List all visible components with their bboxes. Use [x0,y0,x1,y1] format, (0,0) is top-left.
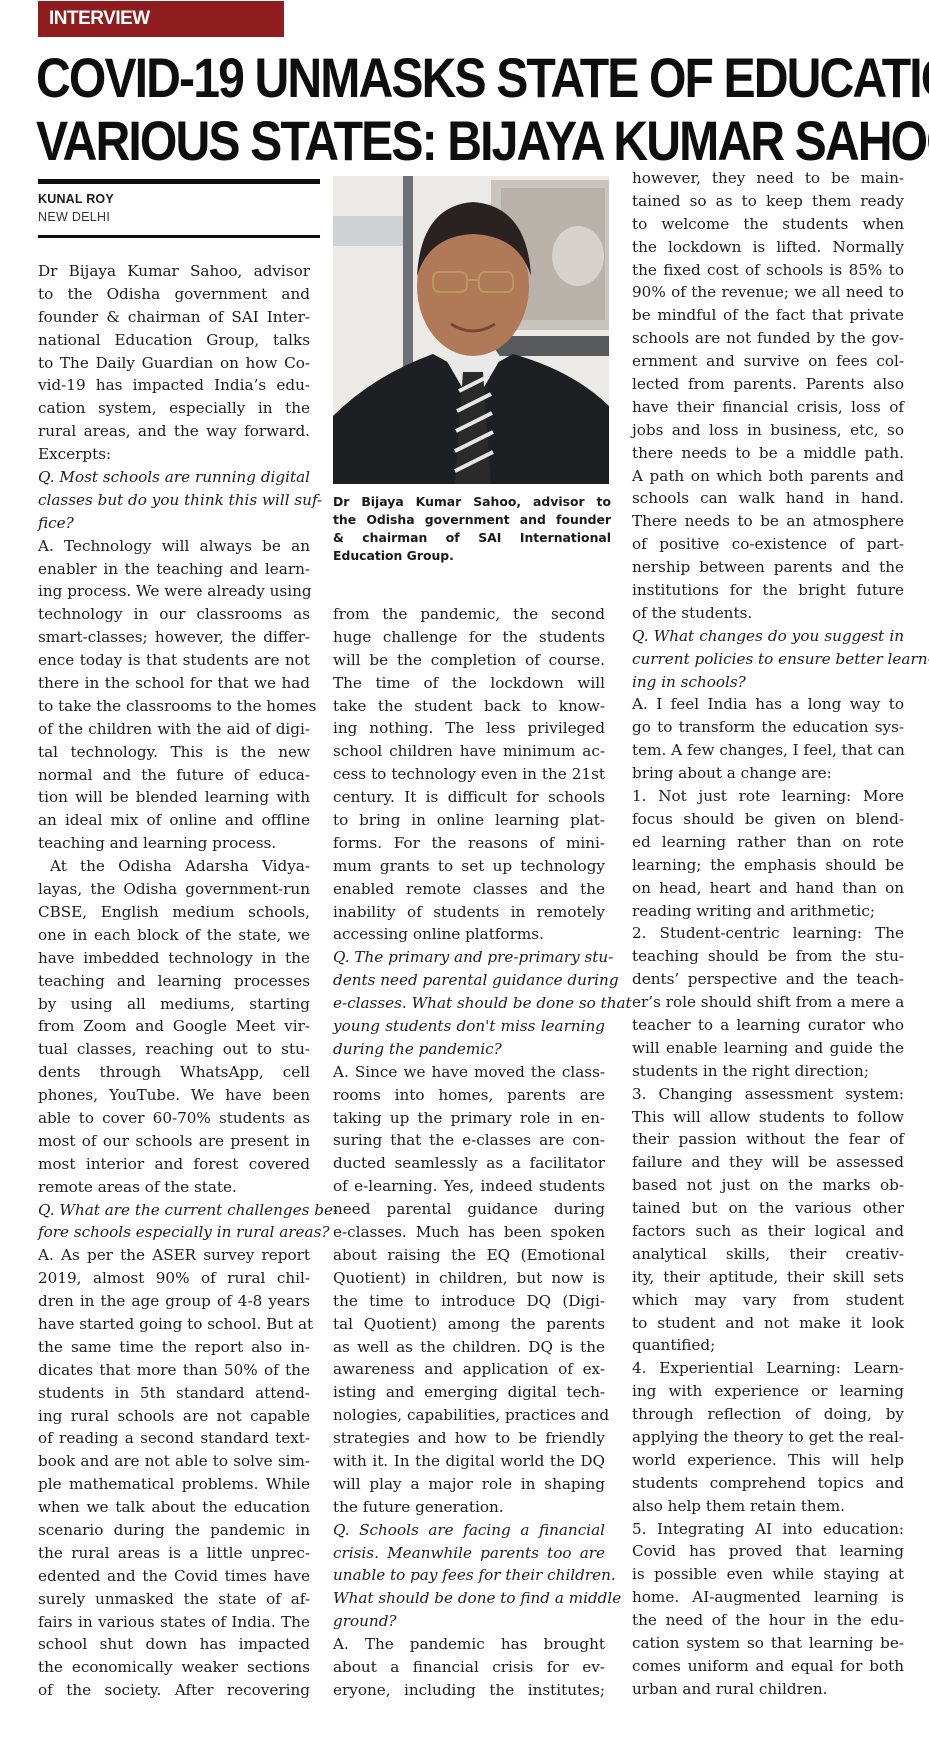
body-text-line: er’s role should shift from a mere a [632,991,904,1014]
byline-location: NEW DELHI [38,210,110,224]
caption-line: Education Group. [333,547,611,565]
body-text-line: century. It is difficult for schools [333,786,605,809]
body-text-line: of e-learning. Yes, indeed students [333,1175,605,1198]
body-text-line: through reflection of doing, by [632,1403,904,1426]
body-text-line: layas, the Odisha government-run [38,878,310,901]
body-text-line: the economically weaker sections [38,1656,310,1679]
body-text-line: remote areas of the state. [38,1176,310,1199]
body-text-line: to the Odisha government and [38,283,310,306]
question-line: during the pandemic? [333,1038,605,1061]
body-text-line: have imbedded technology in the [38,947,310,970]
body-text-line: strategies and how to be friendly [333,1427,605,1450]
body-text-line: to bring in online learning plat- [333,809,605,832]
body-text-line: The time of the lockdown will [333,672,605,695]
body-text-line: however, they need to be main- [632,167,904,190]
body-text-line: technology in our classrooms as [38,603,310,626]
body-text-line: lected from parents. Parents also [632,373,904,396]
body-text-line: taking up the primary role in en- [333,1107,605,1130]
body-text-line: schools can walk hand in hand. [632,487,904,510]
body-text-line: also help them retain them. [632,1495,904,1518]
headline-line: VARIOUS STATES: BIJAYA KUMAR SAHOO [36,109,793,172]
portrait-illustration [333,176,609,484]
body-text-line: have started going to school. But at [38,1313,310,1336]
body-text-line: national Education Group, talks [38,329,310,352]
body-text-line: There needs to be an atmosphere [632,510,904,533]
body-text-line: with it. In the digital world the DQ [333,1450,605,1473]
body-text-line: by using all mediums, starting [38,993,310,1016]
body-text-line: tem. A few changes, I feel, that can [632,739,904,762]
body-text-line: will be the completion of course. [333,649,605,672]
body-text-line: the future generation. [333,1496,605,1519]
body-text-line: students in 5th standard attend- [38,1382,310,1405]
body-text-line: isting and emerging digital tech- [333,1381,605,1404]
body-text-line: of positive co-existence of part- [632,533,904,556]
body-text-line: rural areas, and the way forward. [38,420,310,443]
body-text-line: reading writing and arithmetic; [632,900,904,923]
body-text-line: analytical skills, their creativ- [632,1243,904,1266]
body-text-line: rooms into homes, parents are [333,1084,605,1107]
body-text-line: their passion without the fear of [632,1128,904,1151]
question-line: young students don't miss learning [333,1015,605,1038]
body-text-line: to welcome the students when [632,213,904,236]
body-text-line: enabled remote classes and the [333,878,605,901]
body-text-line: dents through WhatsApp, cell [38,1061,310,1084]
body-text-line: e-classes. Much has been spoken [333,1221,605,1244]
body-text-line: A. The pandemic has brought [333,1633,605,1656]
body-text-line: the rural areas is a little unprec- [38,1542,310,1565]
article-column-1: Dr Bijaya Kumar Sahoo, advisorto the Odi… [38,260,310,1702]
body-text-line: A path on which both parents and [632,465,904,488]
body-text-line: 90% of the revenue; we all need to [632,281,904,304]
body-text-line: tual classes, reaching out to stu- [38,1038,310,1061]
body-text-line: phones, YouTube. We have been [38,1084,310,1107]
body-text-line: home. AI-augmented learning is [632,1586,904,1609]
question-line: Q. What changes do you suggest in [632,625,904,648]
body-text-line: edented and the Covid times have [38,1565,310,1588]
body-text-line: book and are not able to solve sim- [38,1450,310,1473]
body-text-line: of the society. After recovering [38,1679,310,1702]
body-text-line: nership between parents and the [632,556,904,579]
body-text-line: quantified; [632,1334,904,1357]
body-text-line: one in each block of the state, we [38,924,310,947]
body-text-line: there in the school for that we had [38,672,310,695]
body-text-line: cess to technology even in the 21st [333,763,605,786]
body-text-line: founder & chairman of SAI Inter- [38,306,310,329]
body-text-line: go to transform the education sys- [632,716,904,739]
body-text-line: 2019, almost 90% of rural chil- [38,1267,310,1290]
body-text-line: ing rural schools are not capable [38,1405,310,1428]
body-text-line: ducted seamlessly as a facilitator [333,1152,605,1175]
body-text-line: comes uniform and equal for both [632,1655,904,1678]
body-text-line: able to cover 60-70% students as [38,1107,310,1130]
body-text-line: have their financial crisis, loss of [632,396,904,419]
question-line: e-classes. What should be done so that [333,992,605,1015]
body-text-line: most interior and forest covered [38,1153,310,1176]
byline-author: KUNAL ROY [38,192,114,206]
body-text-line: eryone, including the institutes; [333,1679,605,1702]
body-text-line: as well as the children. DQ is the [333,1336,605,1359]
body-text-line: normal and the future of educa- [38,764,310,787]
body-text-line: tal Quotient) among the parents [333,1313,605,1336]
body-text-line: 5. Integrating AI into education: [632,1518,904,1541]
article-column-2: from the pandemic, the secondhuge challe… [333,603,605,1702]
body-text-line: A. As per the ASER survey report [38,1244,310,1267]
body-text-line: is possible even while staying at [632,1563,904,1586]
body-text-line: an ideal mix of online and offline [38,809,310,832]
body-text-line: tal technology. This is the new [38,741,310,764]
body-text-line: when we talk about the education [38,1496,310,1519]
body-text-line: the need of the hour in the edu- [632,1609,904,1632]
body-text-line: to take the classrooms to the homes [38,695,310,718]
body-text-line: Covid has proved that learning [632,1540,904,1563]
body-text-line: will enable learning and guide the [632,1037,904,1060]
body-text-line: CBSE, English medium schools, [38,901,310,924]
body-text-line: learning; the emphasis should be [632,854,904,877]
body-text-line: bring about a change are: [632,762,904,785]
body-text-line: ing nothing. The less privileged [333,717,605,740]
body-text-line: surely unmasked the state of af- [38,1588,310,1611]
body-text-line: teaching should be from the stu- [632,945,904,968]
headline-line: COVID-19 UNMASKS STATE OF EDUCATION IN [36,46,793,109]
body-text-line: scenario during the pandemic in [38,1519,310,1542]
question-line: Q. What are the current challenges be- [38,1199,310,1222]
body-text-line: huge challenge for the students [333,626,605,649]
body-text-line: jobs and loss in business, etc, so [632,419,904,442]
body-text-line: This will allow students to follow [632,1106,904,1129]
body-text-line: ed learning rather than on rote [632,831,904,854]
caption-line: the Odisha government and founder [333,511,611,529]
body-text-line: inability of students in remotely [333,901,605,924]
article-column-3: however, they need to be main-tained so … [632,167,904,1701]
body-text-line: the same time the report also in- [38,1336,310,1359]
body-text-line: awareness and application of ex- [333,1358,605,1381]
question-line: Q. Schools are facing a financial [333,1519,605,1542]
body-text-line: there needs to be a middle path. [632,442,904,465]
body-text-line: from Zoom and Google Meet vir- [38,1015,310,1038]
question-line: crisis. Meanwhile parents too are [333,1542,605,1565]
body-text-line: smart-classes; however, the differ- [38,626,310,649]
body-text-line: ence today is that students are not [38,649,310,672]
body-text-line: 2. Student-centric learning: The [632,922,904,945]
body-text-line: Excerpts: [38,443,310,466]
question-line: dents need parental guidance during [333,969,605,992]
body-text-line: teacher to a learning curator who [632,1014,904,1037]
body-text-line: need parental guidance during [333,1198,605,1221]
body-text-line: be mindful of the fact that private [632,304,904,327]
body-text-line: At the Odisha Adarsha Vidya- [38,855,310,878]
question-line: current policies to ensure better learn- [632,648,904,671]
body-text-line: of the children with the aid of digi- [38,718,310,741]
question-line: ground? [333,1610,605,1633]
body-text-line: institutions for the bright future [632,579,904,602]
body-text-line: applying the theory to get the real- [632,1426,904,1449]
body-text-line: nologies, capabilities, practices and [333,1404,605,1427]
body-text-line: cation system so that learning be- [632,1632,904,1655]
body-text-line: teaching and learning process. [38,832,310,855]
photo-caption: Dr Bijaya Kumar Sahoo, advisor to the Od… [333,493,611,565]
body-text-line: A. Since we have moved the class- [333,1061,605,1084]
body-text-line: about a financial crisis for ev- [333,1656,605,1679]
body-text-line: the lockdown is lifted. Normally [632,236,904,259]
body-text-line: A. I feel India has a long way to [632,693,904,716]
body-text-line: suring that the e-classes are con- [333,1129,605,1152]
body-text-line: dren in the age group of 4-8 years [38,1290,310,1313]
body-text-line: students in the right direction; [632,1060,904,1083]
body-text-line: world experience. This will help [632,1449,904,1472]
question-line: Q. The primary and pre-primary stu- [333,946,605,969]
question-line: fore schools especially in rural areas? [38,1221,310,1244]
body-text-line: cation system, especially in the [38,397,310,420]
body-text-line: the time to introduce DQ (Digi- [333,1290,605,1313]
question-line: Q. Most schools are running digital [38,466,310,489]
body-text-line: failure and they will be assessed [632,1151,904,1174]
byline-bottom-divider [38,235,320,238]
body-text-line: ernment and survive on fees col- [632,350,904,373]
body-text-line: from the pandemic, the second [333,603,605,626]
body-text-line: schools are not funded by the gov- [632,327,904,350]
body-text-line: ing process. We were already using [38,580,310,603]
body-text-line: to The Daily Guardian on how Co- [38,352,310,375]
caption-line: & chairman of SAI International [333,529,611,547]
body-text-line: urban and rural children. [632,1678,904,1701]
body-text-line: will play a major role in shaping [333,1473,605,1496]
question-line: ing in schools? [632,671,904,694]
body-text-line: tained so as to keep them ready [632,190,904,213]
body-text-line: fairs in various states of India. The [38,1611,310,1634]
body-text-line: 3. Changing assessment system: [632,1083,904,1106]
question-line: fice? [38,512,310,535]
body-text-line: Dr Bijaya Kumar Sahoo, advisor [38,260,310,283]
body-text-line: take the student back to know- [333,695,605,718]
body-text-line: which may vary from student [632,1289,904,1312]
portrait-photo [333,176,609,484]
body-text-line: enabler in the teaching and learn- [38,558,310,581]
body-text-line: ing with experience or learning [632,1380,904,1403]
article-headline: COVID-19 UNMASKS STATE OF EDUCATION IN V… [36,46,916,172]
body-text-line: forms. For the reasons of mini- [333,832,605,855]
byline-top-divider [38,179,320,184]
body-text-line: tained but on the various other [632,1197,904,1220]
caption-line: Dr Bijaya Kumar Sahoo, advisor to [333,493,611,511]
body-text-line: ple mathematical problems. While [38,1473,310,1496]
body-text-line: accessing online platforms. [333,923,605,946]
body-text-line: tion will be blended learning with [38,786,310,809]
body-text-line: students comprehend topics and [632,1472,904,1495]
body-text-line: factors such as their logical and [632,1220,904,1243]
body-text-line: 4. Experiential Learning: Learn- [632,1357,904,1380]
body-text-line: dicates that more than 50% of the [38,1359,310,1382]
body-text-line: teaching and learning processes [38,970,310,993]
body-text-line: ity, their aptitude, their skill sets [632,1266,904,1289]
body-text-line: mum grants to set up technology [333,855,605,878]
question-line: What should be done to find a middle [333,1587,605,1610]
body-text-line: about raising the EQ (Emotional [333,1244,605,1267]
question-line: classes but do you think this will suf- [38,489,310,512]
body-text-line: based not just on the marks ob- [632,1174,904,1197]
body-text-line: of reading a second standard text- [38,1427,310,1450]
section-kicker: INTERVIEW [38,1,284,37]
body-text-line: on head, heart and hand than on [632,877,904,900]
body-text-line: 1. Not just rote learning: More [632,785,904,808]
body-text-line: vid-19 has impacted India’s edu- [38,374,310,397]
body-text-line: the fixed cost of schools is 85% to [632,259,904,282]
body-text-line: Quotient) in children, but now is [333,1267,605,1290]
body-text-line: most of our schools are present in [38,1130,310,1153]
body-text-line: A. Technology will always be an [38,535,310,558]
body-text-line: to student and not make it look [632,1312,904,1335]
body-text-line: focus should be given on blend- [632,808,904,831]
body-text-line: dents’ perspective and the teach- [632,968,904,991]
body-text-line: school shut down has impacted [38,1633,310,1656]
body-text-line: of the students. [632,602,904,625]
question-line: unable to pay fees for their children. [333,1564,605,1587]
body-text-line: school children have minimum ac- [333,740,605,763]
